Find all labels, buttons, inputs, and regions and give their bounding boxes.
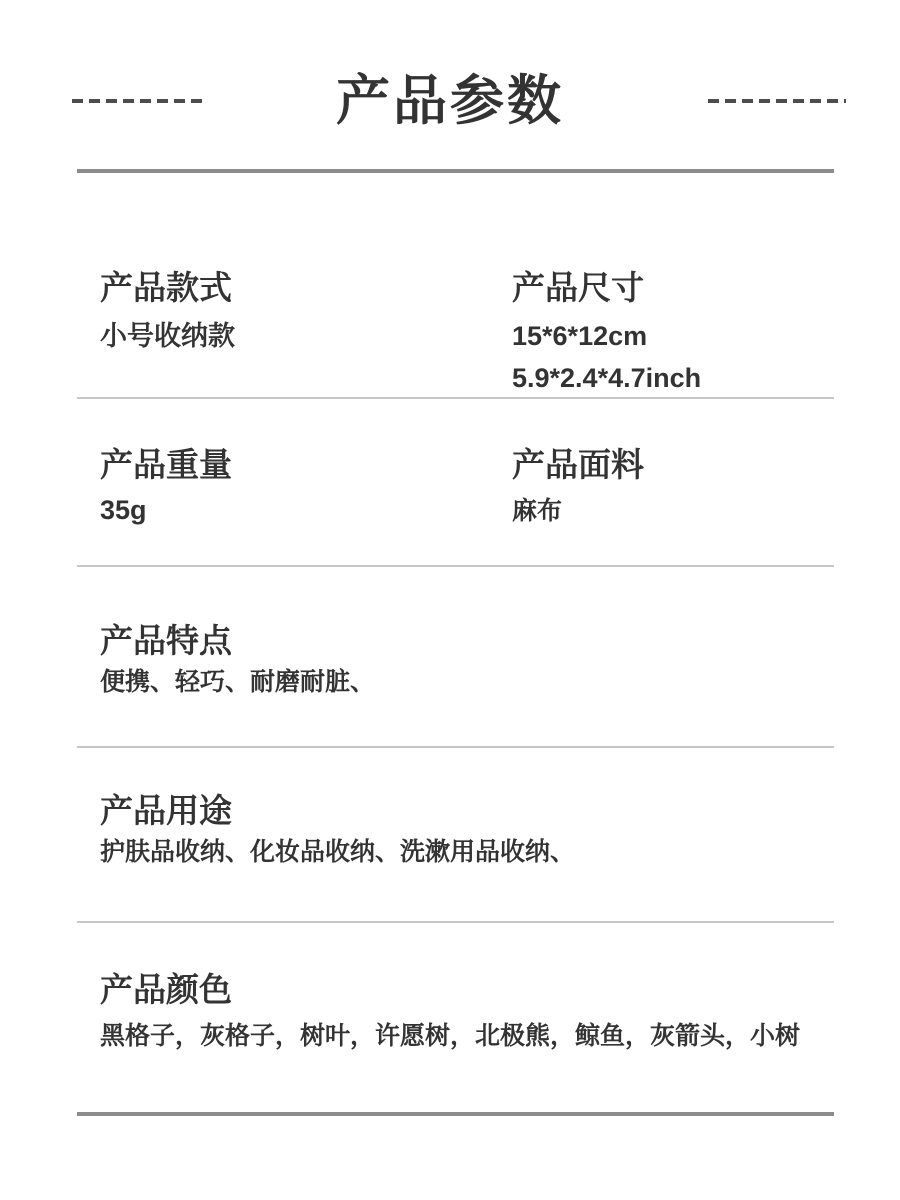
section-divider bbox=[77, 397, 834, 399]
header-divider bbox=[77, 169, 834, 173]
field-value-weight: 35g bbox=[100, 496, 147, 526]
field-label-colors: 产品颜色 bbox=[100, 972, 232, 1008]
section-divider bbox=[77, 746, 834, 748]
field-value-features: 便携、轻巧、耐磨耐脏、 bbox=[100, 669, 375, 697]
field-label-weight: 产品重量 bbox=[100, 447, 232, 483]
section-divider bbox=[77, 565, 834, 567]
field-label-uses: 产品用途 bbox=[100, 793, 232, 829]
field-label-features: 产品特点 bbox=[100, 623, 232, 659]
field-label-size: 产品尺寸 bbox=[512, 270, 644, 306]
title-dash-right-decoration bbox=[708, 99, 846, 103]
field-value-uses: 护肤品收纳、化妆品收纳、洗漱用品收纳、 bbox=[100, 839, 575, 867]
field-value-size-cm: 15*6*12cm bbox=[512, 322, 647, 352]
field-value-fabric: 麻布 bbox=[512, 498, 562, 526]
section-divider bbox=[77, 921, 834, 923]
field-label-style: 产品款式 bbox=[100, 270, 232, 306]
field-value-style: 小号收纳款 bbox=[100, 322, 235, 352]
field-value-size-inch: 5.9*2.4*4.7inch bbox=[512, 364, 701, 394]
field-value-colors: 黑格子，灰格子，树叶，许愿树，北极熊，鲸鱼，灰箭头，小树 bbox=[100, 1023, 800, 1051]
field-label-fabric: 产品面料 bbox=[512, 447, 644, 483]
product-parameters-page: 产品参数 产品款式 小号收纳款 产品尺寸 15*6*12cm 5.9*2.4*4… bbox=[0, 0, 900, 1200]
footer-divider bbox=[77, 1112, 834, 1116]
